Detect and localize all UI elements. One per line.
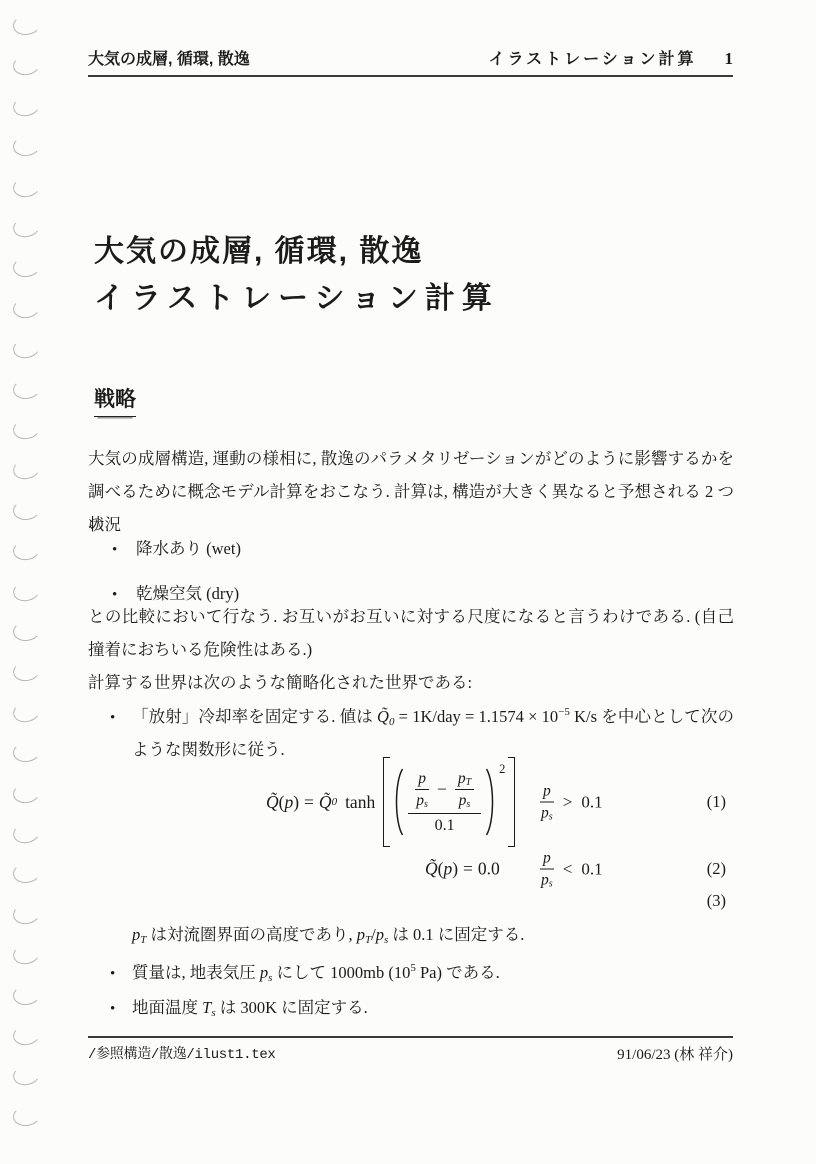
footer-date-author: 91/06/23 (林 祥介) [617,1043,733,1064]
right-paren-icon [484,767,498,837]
equation-row-3: (3) [88,888,734,914]
binding-hole-icon [11,335,42,361]
binding-hole-icon [11,820,42,846]
paragraph-world: 計算する世界は次のような簡略化された世界である: [88,666,734,699]
running-header-right: イラストレーション計算 [489,46,697,69]
math-Q-tilde: Q̃ [319,792,332,813]
equation-row-2: Q̃(p) = 0.0 p ps < 0.1 (2) [88,848,734,890]
math-big-denominator: 0.1 [435,814,455,834]
math-p: p [260,963,268,982]
radiation-text-pre: 「放射」冷却率を固定する. 値は [132,707,377,726]
running-header-right-group: イラストレーション計算 1 [489,46,733,69]
tropopause-note-text2: は 0.1 に固定する. [388,925,524,944]
binding-hole-icon [12,1104,41,1127]
radiation-value: = 1K/day = 1.1574 × 10 [394,707,558,726]
equation-2-body: Q̃(p) = 0.0 [425,859,500,880]
math-big-fraction: p ps − pT ps 0.1 [408,770,481,834]
mass-text-pre: 質量は, 地表気圧 [132,963,260,982]
math-sub-s: s [424,799,428,810]
binding-hole-icon [12,862,41,885]
math-p: p [543,850,551,867]
math-p: p [376,925,384,944]
section-heading: 戦略 [94,383,136,417]
bullet-icon: • [110,958,132,991]
left-bracket-icon [383,757,390,847]
math-sub-s: s [466,799,470,810]
footer: /参照構造/散逸/ilust1.tex 91/06/23 (林 祥介) [88,1043,733,1064]
paragraph-comparison: との比較において行なう. お互いがお互いに対する尺度になると言うわけである. (… [88,600,734,666]
tropopause-note-text1: は対流圏界面の高度であり, [146,925,356,944]
footer-rule [88,1036,733,1038]
math-Q-tilde: Q̃ [425,859,438,880]
scanned-document-page: 大気の成層, 循環, 散逸 イラストレーション計算 1 大気の成層, 循環, 散… [0,0,816,1164]
right-bracket-icon [508,757,515,847]
binding-hole-icon [12,619,41,642]
binding-hole-icon [11,296,41,320]
document-title: 大気の成層, 循環, 散逸 イラストレーション計算 [94,228,499,322]
equation-1-condition: p ps > 0.1 [540,784,603,821]
math-threshold: 0.1 [581,859,602,879]
bullet-icon: • [112,534,136,567]
mass-text-post: Pa) である. [416,963,500,982]
binding-rail [0,0,60,1164]
binding-hole-icon [11,53,41,77]
math-T: T [202,998,211,1017]
equation-1-body: Q̃(p) = Q̃0 tanh p ps − pT ps [266,758,515,846]
math-p: p [418,770,426,787]
list-item-temperature: • 地面温度 Ts は 300K に固定する. [110,991,734,1026]
math-equals: = [304,792,314,813]
math-exponent: −5 [558,706,570,718]
equation-number-1: (1) [707,792,726,812]
binding-hole-icon [11,1023,41,1047]
math-equals: = [463,859,473,880]
binding-hole-icon [11,699,42,725]
list-item-temperature-text: 地面温度 Ts は 300K に固定する. [132,991,734,1024]
page-number: 1 [725,49,734,69]
binding-hole-icon [11,902,41,926]
math-gt: > [563,792,573,812]
binding-hole-icon [11,214,42,240]
list-item-mass-text: 質量は, 地表気圧 ps にして 1000mb (105 Pa) である. [132,956,734,989]
bullet-icon: • [110,702,132,735]
math-p: p [357,925,365,944]
document-title-line2: イラストレーション計算 [94,275,499,322]
math-frac-p-ps: p ps [540,851,554,888]
equation-number-2: (2) [707,859,726,879]
binding-hole-icon [11,174,41,198]
math-frac-p-ps: p ps [415,771,429,808]
math-threshold: 0.1 [581,792,602,812]
math-p: p [541,804,549,821]
math-tanh: tanh [345,792,375,813]
math-Q-tilde: Q̃ [266,792,279,813]
binding-hole-icon [11,93,42,119]
footer-file-path: /参照構造/散逸/ilust1.tex [88,1043,276,1064]
math-sub-s: s [549,811,553,822]
binding-hole-icon [11,457,42,483]
binding-hole-icon [12,498,41,521]
binding-hole-icon [11,1063,42,1089]
equation-row-1: Q̃(p) = Q̃0 tanh p ps − pT ps [88,756,734,848]
math-frac-pT-ps: pT ps [455,771,474,808]
math-rparen: ) [293,792,299,813]
math-p: p [443,859,452,880]
left-paren-icon [391,767,405,837]
math-square-exponent: 2 [499,762,505,777]
binding-hole-icon [11,659,41,683]
running-header: 大気の成層, 循環, 散逸 イラストレーション計算 1 [88,46,733,69]
binding-hole-icon [12,983,41,1006]
bullet-icon: • [110,993,132,1026]
math-bracket-group: p ps − pT ps 0.1 2 [383,758,515,846]
math-lt: < [563,859,573,879]
tropopause-note: pT は対流圏界面の高度であり, pT/ps は 0.1 に固定する. [132,918,734,951]
list-item-mass: • 質量は, 地表気圧 ps にして 1000mb (105 Pa) である. [110,956,734,991]
math-frac-p-ps: p ps [540,784,554,821]
mass-text-mid: にして 1000mb (10 [272,963,410,982]
math-Q-tilde: Q̃ [377,707,389,726]
binding-hole-icon [12,377,41,400]
header-rule [88,75,733,77]
binding-hole-icon [11,941,42,967]
list-item-wet-label: 降水あり (wet) [136,532,241,565]
binding-hole-icon [11,780,41,804]
binding-hole-icon [11,538,41,562]
math-p: p [541,871,549,888]
binding-hole-icon [12,256,41,279]
equation-number-3: (3) [707,891,726,911]
math-zero-value: 0.0 [478,859,500,880]
math-rparen: ) [452,859,458,880]
math-sub-T: T [466,777,472,788]
temp-text-pre: 地面温度 [132,998,202,1017]
binding-hole-icon [12,741,41,764]
binding-hole-icon [12,13,41,36]
equation-2-condition: p ps < 0.1 [540,851,603,888]
list-item-wet: • 降水あり (wet) [112,532,241,567]
binding-hole-icon [12,135,41,158]
document-title-line1: 大気の成層, 循環, 散逸 [94,228,499,275]
math-big-numerator: p ps − pT ps [408,770,481,814]
math-p: p [458,770,466,787]
math-p: p [543,783,551,800]
radiation-unit: K/s [570,707,601,726]
math-p: p [284,792,293,813]
math-p: p [416,792,424,809]
binding-hole-icon [11,578,42,604]
math-p: p [132,925,140,944]
binding-hole-icon [11,417,41,441]
temp-text-post: は 300K に固定する. [216,998,368,1017]
running-header-left: 大気の成層, 循環, 散逸 [88,46,250,69]
math-minus: − [437,781,447,799]
